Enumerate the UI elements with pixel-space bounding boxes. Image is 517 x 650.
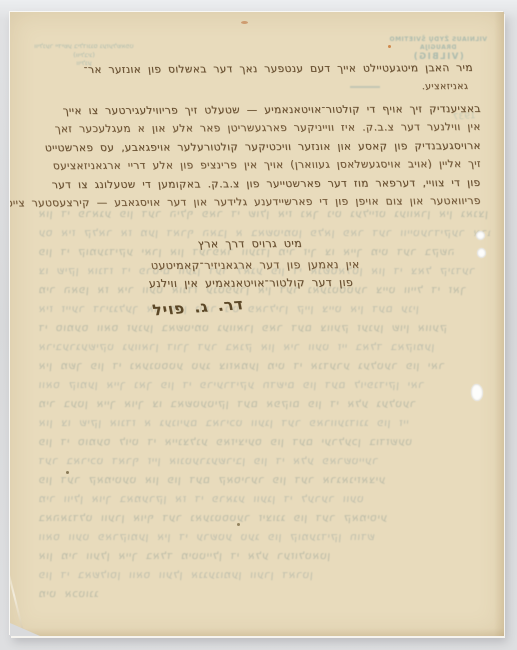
bleedthrough-line: מיר בעטן אייך אויך צו באשטעטיקן דעם אפקו… [37,395,491,414]
letterhead-hebrew-line1: ווילנער יידישע בילדונגס געזעלשאפט [30,42,138,51]
paper-edge-shading [10,628,504,636]
letter-paper: ווילנער יידישע בילדונגס געזעלשאפט (ווילב… [10,12,504,636]
handwritten-line: ארויסגעבנדיק פון קאסע און אונזער וויכטיק… [44,140,481,154]
bleedthrough-line: די סומעס וואס זענען באשטימט געווארן פאר … [37,319,491,338]
bleedthrough-line: מיט אכטונג [37,585,491,604]
letterhead-hebrew-line2: (ווילביג) [30,51,138,60]
paper-stain [388,45,391,48]
handwritten-line: באציענדיק זיך אויף די קולטור־אויטאנאמיע … [62,103,481,117]
handwritten-line: זיך אליין (אויב אויסגעשלאסן געווארן) אוי… [52,158,481,172]
bleedthrough-line: איז זייער דרינגלעך און מען טאר ניט פארלי… [37,300,491,319]
bleedthrough-line: אריבערגעשיקט געווארן דורך דער באנק און א… [37,338,491,357]
closing-in-name-line: אין נאמען פון דער ארגאניזיר־קאמיטעט [150,258,360,272]
letterhead-divider-dash-icon [350,86,380,88]
folded-corner [10,623,40,636]
closing-respect-line: מיט גרויס דרך ארץ [197,237,303,251]
letterhead-latin-block: VILNIAUS ŽYDŲ ŠVIETIMO DRAUGIJA (VILBIG) [376,36,500,63]
bleedthrough-line: פון דער קאמיטעט און פון דעם קאסירער פון … [37,471,491,490]
handwritten-line: פון די צוויי, דערפאר מוז דער פארשטייער פ… [51,177,481,191]
handwritten-line: פריוואטער און צום אויפן פון די פארשיידענ… [10,195,481,210]
handwritten-line: גאניזאציע. [421,81,469,92]
bleedthrough-line: דער באריכט דארף זיין אונטערגעשריבן פון ד… [37,452,491,471]
punch-hole [477,248,486,258]
punch-hole [471,384,483,401]
closing-org-line: פון דער קולטור־אויטאנאמיע אין ווילנע [148,276,354,290]
handwritten-line: אין ווילנער דער צ.ב.ק. איז ווייניקער פאר… [54,121,481,135]
handwritten-line: מיר האבן מיטגעטיילט אייך דעם ענטפער נאך … [83,62,473,76]
bleedthrough-line: מיר ווילן אויך באמערקן אז די פראגע וועגן… [37,490,491,509]
bleedthrough-line: פון די באשלוסן וואס וועלן אנגענומען ווער… [37,566,491,585]
letterhead-latin-line1: VILNIAUS ŽYDŲ ŠVIETIMO DRAUGIJA [376,36,500,52]
bleedthrough-line: און מיר וועלן אייך באלד מיטטיילן די אלע … [37,547,491,566]
bleedthrough-line: באהאנדלט ווערן אויף דער נאענטסטער זיצונג… [37,509,491,528]
bleedthrough-line: אין משך פון די נאענטסטע טעג צוזאמען מיט … [37,357,491,376]
paper-stain [66,471,69,474]
paper-stain [237,523,240,526]
bleedthrough-line: פון די סומעס לויט די איינצלנע פאזיציעס פ… [37,433,491,452]
bleedthrough-line: און צו שיקן אונדז א גענויעם באריכט וועגן… [37,414,491,433]
paper-stain [241,21,248,24]
punch-hole [476,231,485,240]
paper-edge-shading [494,12,504,636]
bleedthrough-line: וואס קומען אייך נאך פון די פריערדיקע חדש… [37,376,491,395]
bleedthrough-line: וואס וועט פארקומען אין די ערשטע טעג פון … [37,528,491,547]
scanned-letter-screenshot: { "letterhead_bleedthrough": { "latin_li… [0,0,517,650]
